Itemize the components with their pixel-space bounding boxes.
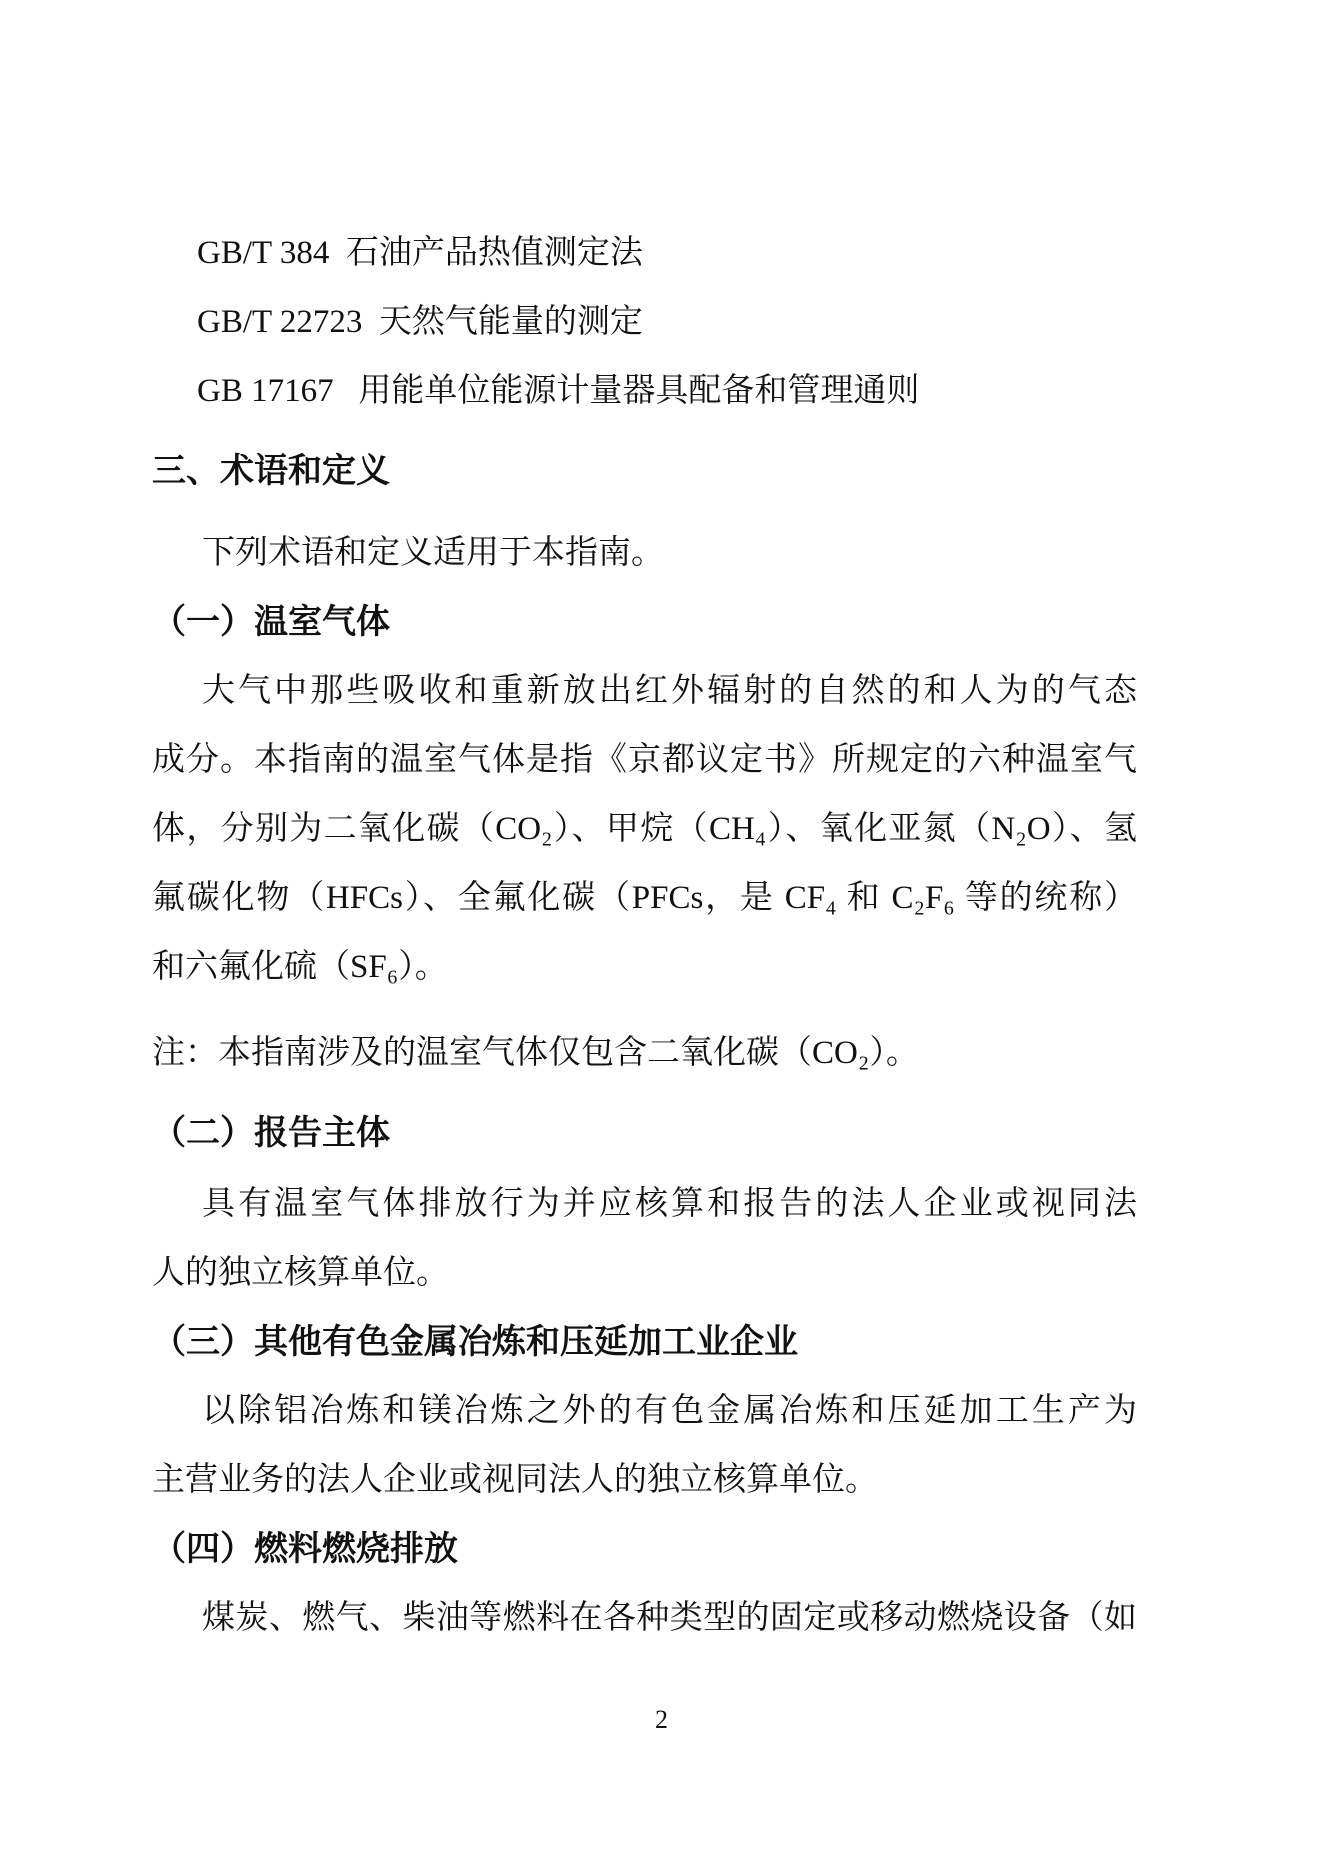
document-page: GB/T 384 石油产品热值测定法 GB/T 22723 天然气能量的测定 G… <box>0 0 1323 1871</box>
subsection-paragraph: 煤炭、燃气、柴油等燃料在各种类型的固定或移动燃烧设备（如 <box>152 1584 1137 1653</box>
body-text-line: 以除铝冶炼和镁冶炼之外的有色金属冶炼和压延加工生产为 <box>152 1377 1137 1446</box>
page-content: GB/T 384 石油产品热值测定法 GB/T 22723 天然气能量的测定 G… <box>152 219 1137 1653</box>
body-text-line: 具有温室气体排放行为并应核算和报告的法人企业或视同法 <box>152 1170 1137 1239</box>
body-text-line: 大气中那些吸收和重新放出红外辐射的自然的和人为的气态 <box>152 657 1137 726</box>
subsection-heading: （二）报告主体 <box>152 1099 1137 1168</box>
subsection-heading: （三）其他有色金属冶炼和压延加工业企业 <box>152 1308 1137 1377</box>
body-text-line: 人的独立核算单位。 <box>152 1239 1137 1308</box>
terms-intro: 下列术语和定义适用于本指南。 <box>152 519 1137 588</box>
page-number: 2 <box>0 1705 1323 1735</box>
reference-line: GB/T 384 石油产品热值测定法 <box>152 219 1137 288</box>
body-text-line: 体，分别为二氧化碳（CO₂）、甲烷（CH₄）、氧化亚氮（N₂O）、氢 <box>152 795 1137 864</box>
note-line: 注：本指南涉及的温室气体仅包含二氧化碳（CO₂）。 <box>152 1019 1137 1088</box>
reference-line: GB 17167 用能单位能源计量器具配备和管理通则 <box>152 357 1137 426</box>
body-text-line: 和六氟化硫（SF₆）。 <box>152 933 1137 1002</box>
body-text-line: 成分。本指南的温室气体是指《京都议定书》所规定的六种温室气 <box>152 726 1137 795</box>
main-section-heading: 三、术语和定义 <box>152 437 1137 506</box>
body-text-line: 煤炭、燃气、柴油等燃料在各种类型的固定或移动燃烧设备（如 <box>152 1584 1137 1653</box>
body-text-line: 氟碳化物（HFCs）、全氟化碳（PFCs，是 CF₄ 和 C₂F₆ 等的统称） <box>152 864 1137 933</box>
subsection-heading: （一）温室气体 <box>152 588 1137 657</box>
body-text-line: 主营业务的法人企业或视同法人的独立核算单位。 <box>152 1446 1137 1515</box>
subsection-paragraph: 大气中那些吸收和重新放出红外辐射的自然的和人为的气态 成分。本指南的温室气体是指… <box>152 657 1137 1002</box>
subsection-heading: （四）燃料燃烧排放 <box>152 1515 1137 1584</box>
subsection-paragraph: 具有温室气体排放行为并应核算和报告的法人企业或视同法 人的独立核算单位。 <box>152 1170 1137 1308</box>
reference-line: GB/T 22723 天然气能量的测定 <box>152 288 1137 357</box>
subsection-paragraph: 以除铝冶炼和镁冶炼之外的有色金属冶炼和压延加工生产为 主营业务的法人企业或视同法… <box>152 1377 1137 1515</box>
